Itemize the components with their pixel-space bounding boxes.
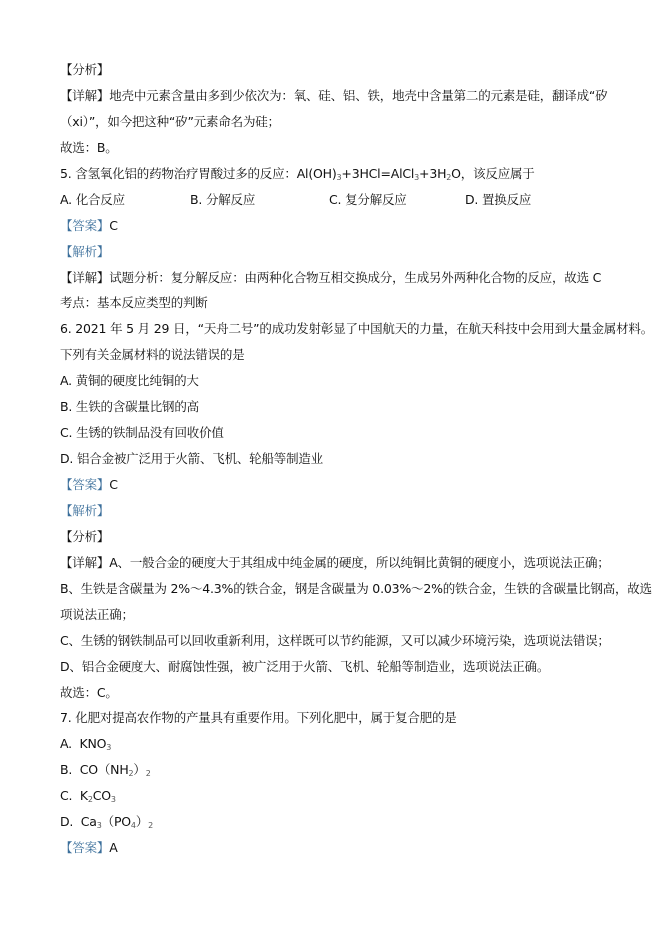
q7-stem: 7. 化肥对提高农作物的产量具有重要作用。下列化肥中，属于复合肥的是 [60,705,620,731]
answer-tag: 【答案】 [60,840,109,855]
analysis-tag: 【分析】 [60,529,109,544]
answer-tag: 【答案】 [60,477,109,492]
q6-conclusion-text: 故选：C。 [60,685,118,700]
q5-detail: 【详解】试题分析：复分解反应：由两种化合物互相交换成分，生成另外两种化合物的反应… [60,265,620,291]
q5-stem-prefix: 5. 含氢氧化铝的药物治疗胃酸过多的反应：Al(OH) [60,166,337,181]
q6-conclusion: 故选：C。 [60,680,620,706]
q7-option-a: A. KNO3 [60,731,620,757]
q6-option-b: B. 生铁的含碳量比钢的高 [60,394,620,420]
q7-stem-text: 7. 化肥对提高农作物的产量具有重要作用。下列化肥中，属于复合肥的是 [60,710,457,725]
detail-tag: 【详解】 [60,555,109,570]
q4-conclusion: 故选：B。 [60,135,620,161]
q6-stem-text-1: 6. 2021 年 5 月 29 日，“天舟二号”的成功发射彰显了中国航天的力量… [60,321,653,336]
analysis-heading: 【分析】 [60,57,620,83]
q4-detail-line-1: 【详解】地壳中元素含量由多到少依次为：氧、硅、铝、铁，地壳中含量第二的元素是硅，… [60,83,620,109]
q7-answer: 【答案】A [60,835,620,861]
q6-stem-text-2: 下列有关金属材料的说法错误的是 [60,347,245,362]
q6-option-c: C. 生锈的铁制品没有回收价值 [60,420,620,446]
detail-tag: 【详解】 [60,270,109,285]
q6-detail-b-line-1: B、生铁是含碳量为 2%～4.3%的铁合金，钢是含碳量为 0.03%～2%的铁合… [60,576,620,602]
q5-option-a: A. 化合反应 [60,187,190,213]
q5-option-d: D. 置换反应 [465,187,531,213]
q5-option-b: B. 分解反应 [190,187,329,213]
q6-detail-a: 【详解】A、一般合金的硬度大于其组成中纯金属的硬度，所以纯铜比黄铜的硬度小，选项… [60,550,620,576]
q5-stem-suffix: O，该反应属于 [451,166,534,181]
q6-answer-value: C [109,477,118,492]
q6-detail-b-text-2: 项说法正确； [60,607,134,622]
q4-conclusion-text: 故选：B。 [60,140,118,155]
q6-detail-c: C、生锈的钢铁制品可以回收重新利用，这样既可以节约能源，又可以减少环境污染，选项… [60,628,620,654]
q7-option-b: B. CO（NH2）2 [60,757,620,783]
q4-detail-line-2: （xi）”，如今把这种“矽”元素命名为硅； [60,109,620,135]
q7-option-d: D. Ca3（PO4）2 [60,809,620,835]
q6-stem-line-1: 6. 2021 年 5 月 29 日，“天舟二号”的成功发射彰显了中国航天的力量… [60,316,620,342]
explain-tag: 【解析】 [60,503,109,518]
q6-detail-c-text: C、生锈的钢铁制品可以回收重新利用，这样既可以节约能源，又可以减少环境污染，选项… [60,633,610,648]
q5-answer: 【答案】C [60,213,620,239]
q6-detail-b-text-1: B、生铁是含碳量为 2%～4.3%的铁合金，钢是含碳量为 0.03%～2%的铁合… [60,581,652,596]
q5-option-c: C. 复分解反应 [329,187,465,213]
q5-options: A. 化合反应 B. 分解反应 C. 复分解反应 D. 置换反应 [60,187,620,213]
q6-option-a: A. 黄铜的硬度比纯铜的大 [60,368,620,394]
q5-kaodian-text: 考点：基本反应类型的判断 [60,295,208,310]
q5-explain-heading: 【解析】 [60,239,620,265]
analysis-tag: 【分析】 [60,62,109,77]
q6-explain-heading: 【解析】 [60,498,620,524]
q6-answer: 【答案】C [60,472,620,498]
q6-analysis-heading: 【分析】 [60,524,620,550]
q5-kaodian: 考点：基本反应类型的判断 [60,290,620,316]
q6-detail-d-text: D、铝合金硬度大、耐腐蚀性强，被广泛用于火箭、飞机、轮船等制造业，选项说法正确。 [60,659,549,674]
detail-tag: 【详解】 [60,88,109,103]
q7-option-c: C. K2CO3 [60,783,620,809]
q5-stem-mid: +3HCl=AlCl [341,166,414,181]
q6-detail-b-line-2: 项说法正确； [60,602,620,628]
answer-tag: 【答案】 [60,218,109,233]
q6-detail-d: D、铝合金硬度大、耐腐蚀性强，被广泛用于火箭、飞机、轮船等制造业，选项说法正确。 [60,654,620,680]
q4-detail-text-1: 地壳中元素含量由多到少依次为：氧、硅、铝、铁，地壳中含量第二的元素是硅，翻译成“… [109,88,607,103]
q6-option-d: D. 铝合金被广泛用于火箭、飞机、轮船等制造业 [60,446,620,472]
q6-stem-line-2: 下列有关金属材料的说法错误的是 [60,342,620,368]
q5-stem: 5. 含氢氧化铝的药物治疗胃酸过多的反应：Al(OH)3+3HCl=AlCl3+… [60,161,620,187]
q5-stem-mid: +3H [419,166,446,181]
q4-detail-text-2: （xi）”，如今把这种“矽”元素命名为硅； [60,114,280,129]
explain-tag: 【解析】 [60,244,109,259]
q5-answer-value: C [109,218,118,233]
document-page: 【分析】 【详解】地壳中元素含量由多到少依次为：氧、硅、铝、铁，地壳中含量第二的… [60,57,620,861]
q5-detail-text: 试题分析：复分解反应：由两种化合物互相交换成分，生成另外两种化合物的反应，故选 … [109,270,601,285]
q7-answer-value: A [109,840,117,855]
q6-detail-a-text: A、一般合金的硬度大于其组成中纯金属的硬度，所以纯铜比黄铜的硬度小，选项说法正确… [109,555,609,570]
